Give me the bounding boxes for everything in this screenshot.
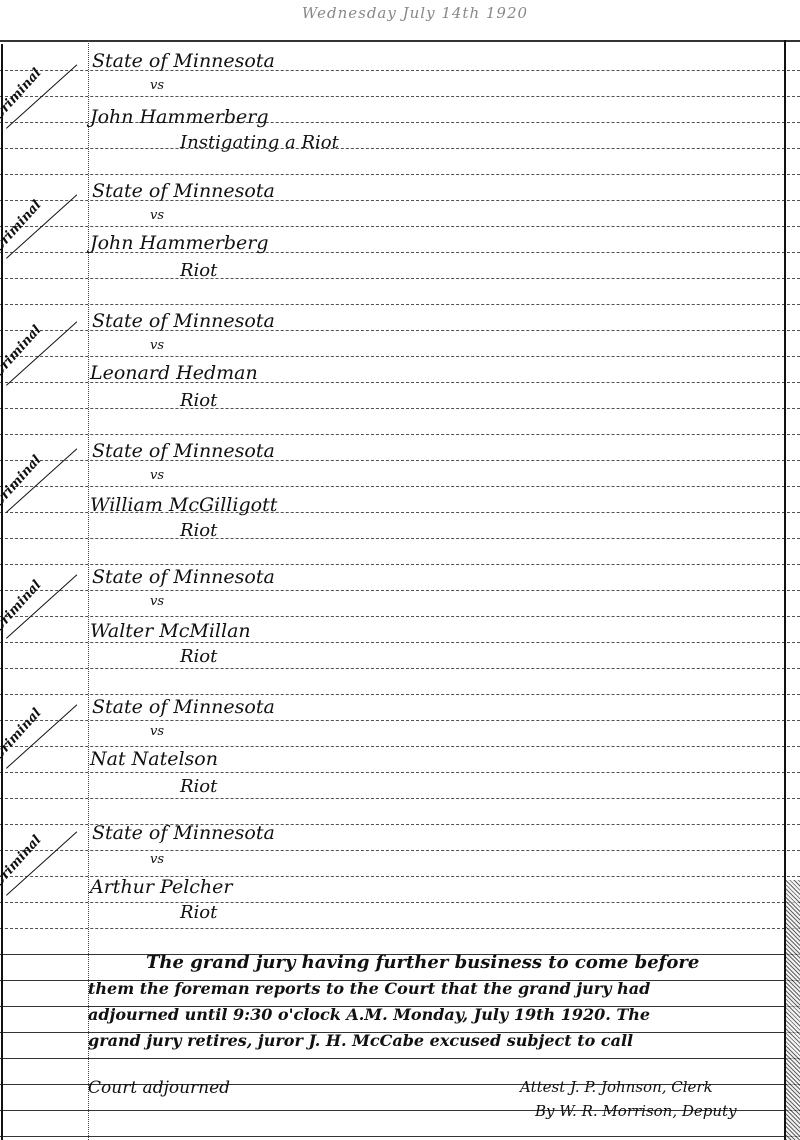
plaintiff: State of Minnesota <box>92 696 275 718</box>
ruled-line <box>0 1058 800 1059</box>
margin-label: Criminal <box>0 55 54 123</box>
charge: Riot <box>180 520 217 541</box>
paragraph-line: adjourned until 9:30 o'clock A.M. Monday… <box>88 1002 778 1028</box>
ruled-line <box>0 772 800 773</box>
defendant: Nat Natelson <box>90 748 218 770</box>
margin-label: Criminal <box>0 312 54 380</box>
ruled-line <box>0 902 800 903</box>
paragraph-line: grand jury retires, juror J. H. McCabe e… <box>88 1028 778 1054</box>
margin-label: Criminal <box>0 822 54 890</box>
versus: vs <box>150 852 164 867</box>
ruled-line <box>0 928 800 929</box>
ruled-line <box>0 486 800 487</box>
plaintiff: State of Minnesota <box>92 310 275 332</box>
margin-label: Criminal <box>0 695 54 763</box>
court-adjourned: Court adjourned <box>88 1078 230 1098</box>
ruled-line <box>0 538 800 539</box>
top-rule <box>0 40 800 42</box>
plaintiff: State of Minnesota <box>92 180 275 202</box>
ruled-line <box>0 1136 800 1137</box>
versus: vs <box>150 468 164 483</box>
ruled-line <box>0 720 800 721</box>
defendant: William McGilligott <box>90 494 277 516</box>
clerk-attestation: Attest J. P. Johnson, Clerk <box>520 1078 713 1096</box>
charge: Riot <box>180 646 217 667</box>
ruled-line <box>0 642 800 643</box>
charge: Riot <box>180 260 217 281</box>
defendant: Walter McMillan <box>90 620 251 642</box>
charge: Riot <box>180 390 217 411</box>
ruled-line <box>0 850 800 851</box>
ruled-line <box>0 278 800 279</box>
plaintiff: State of Minnesota <box>92 50 275 72</box>
paragraph-line: them the foreman reports to the Court th… <box>88 976 778 1002</box>
header-date: Wednesday July 14th 1920 <box>250 4 580 22</box>
grand-jury-paragraph: The grand jury having further business t… <box>88 950 778 1054</box>
defendant: John Hammerberg <box>90 232 268 254</box>
ruled-line <box>0 434 800 435</box>
paragraph-line: The grand jury having further business t… <box>88 950 778 976</box>
versus: vs <box>150 78 164 93</box>
ruled-line <box>0 356 800 357</box>
ruled-line <box>0 798 800 799</box>
plaintiff: State of Minnesota <box>92 566 275 588</box>
ruled-line <box>0 590 800 591</box>
ruled-line <box>0 148 800 149</box>
versus: vs <box>150 594 164 609</box>
defendant: John Hammerberg <box>90 106 268 128</box>
defendant: Leonard Hedman <box>90 362 258 384</box>
deputy-signature: By W. R. Morrison, Deputy <box>535 1102 737 1120</box>
plaintiff: State of Minnesota <box>92 440 275 462</box>
ruled-line <box>0 96 800 97</box>
versus: vs <box>150 338 164 353</box>
charge: Riot <box>180 902 217 923</box>
ruled-line <box>0 408 800 409</box>
ruled-line <box>0 174 800 175</box>
ruled-line <box>0 694 800 695</box>
ruled-line <box>0 746 800 747</box>
versus: vs <box>150 208 164 223</box>
charge: Riot <box>180 776 217 797</box>
ruled-line <box>0 616 800 617</box>
ruled-line <box>0 226 800 227</box>
left-edge-rule <box>1 44 3 1140</box>
plaintiff: State of Minnesota <box>92 822 275 844</box>
charge: Instigating a Riot <box>180 132 339 153</box>
ruled-line <box>0 564 800 565</box>
defendant: Arthur Pelcher <box>90 876 233 898</box>
ruled-line <box>0 304 800 305</box>
ruled-line <box>0 668 800 669</box>
page-edge-shadow <box>786 880 800 1140</box>
versus: vs <box>150 724 164 739</box>
ledger-page: Wednesday July 14th 1920 Criminal State … <box>0 0 800 1140</box>
